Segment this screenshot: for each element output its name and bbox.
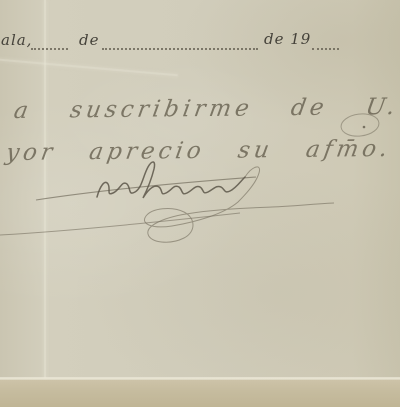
signature-flourish (0, 0, 400, 407)
document-photo: ala, de de 19 a suscribirme de U. yor ap… (0, 0, 400, 407)
bottom-paper-edge (0, 380, 400, 407)
